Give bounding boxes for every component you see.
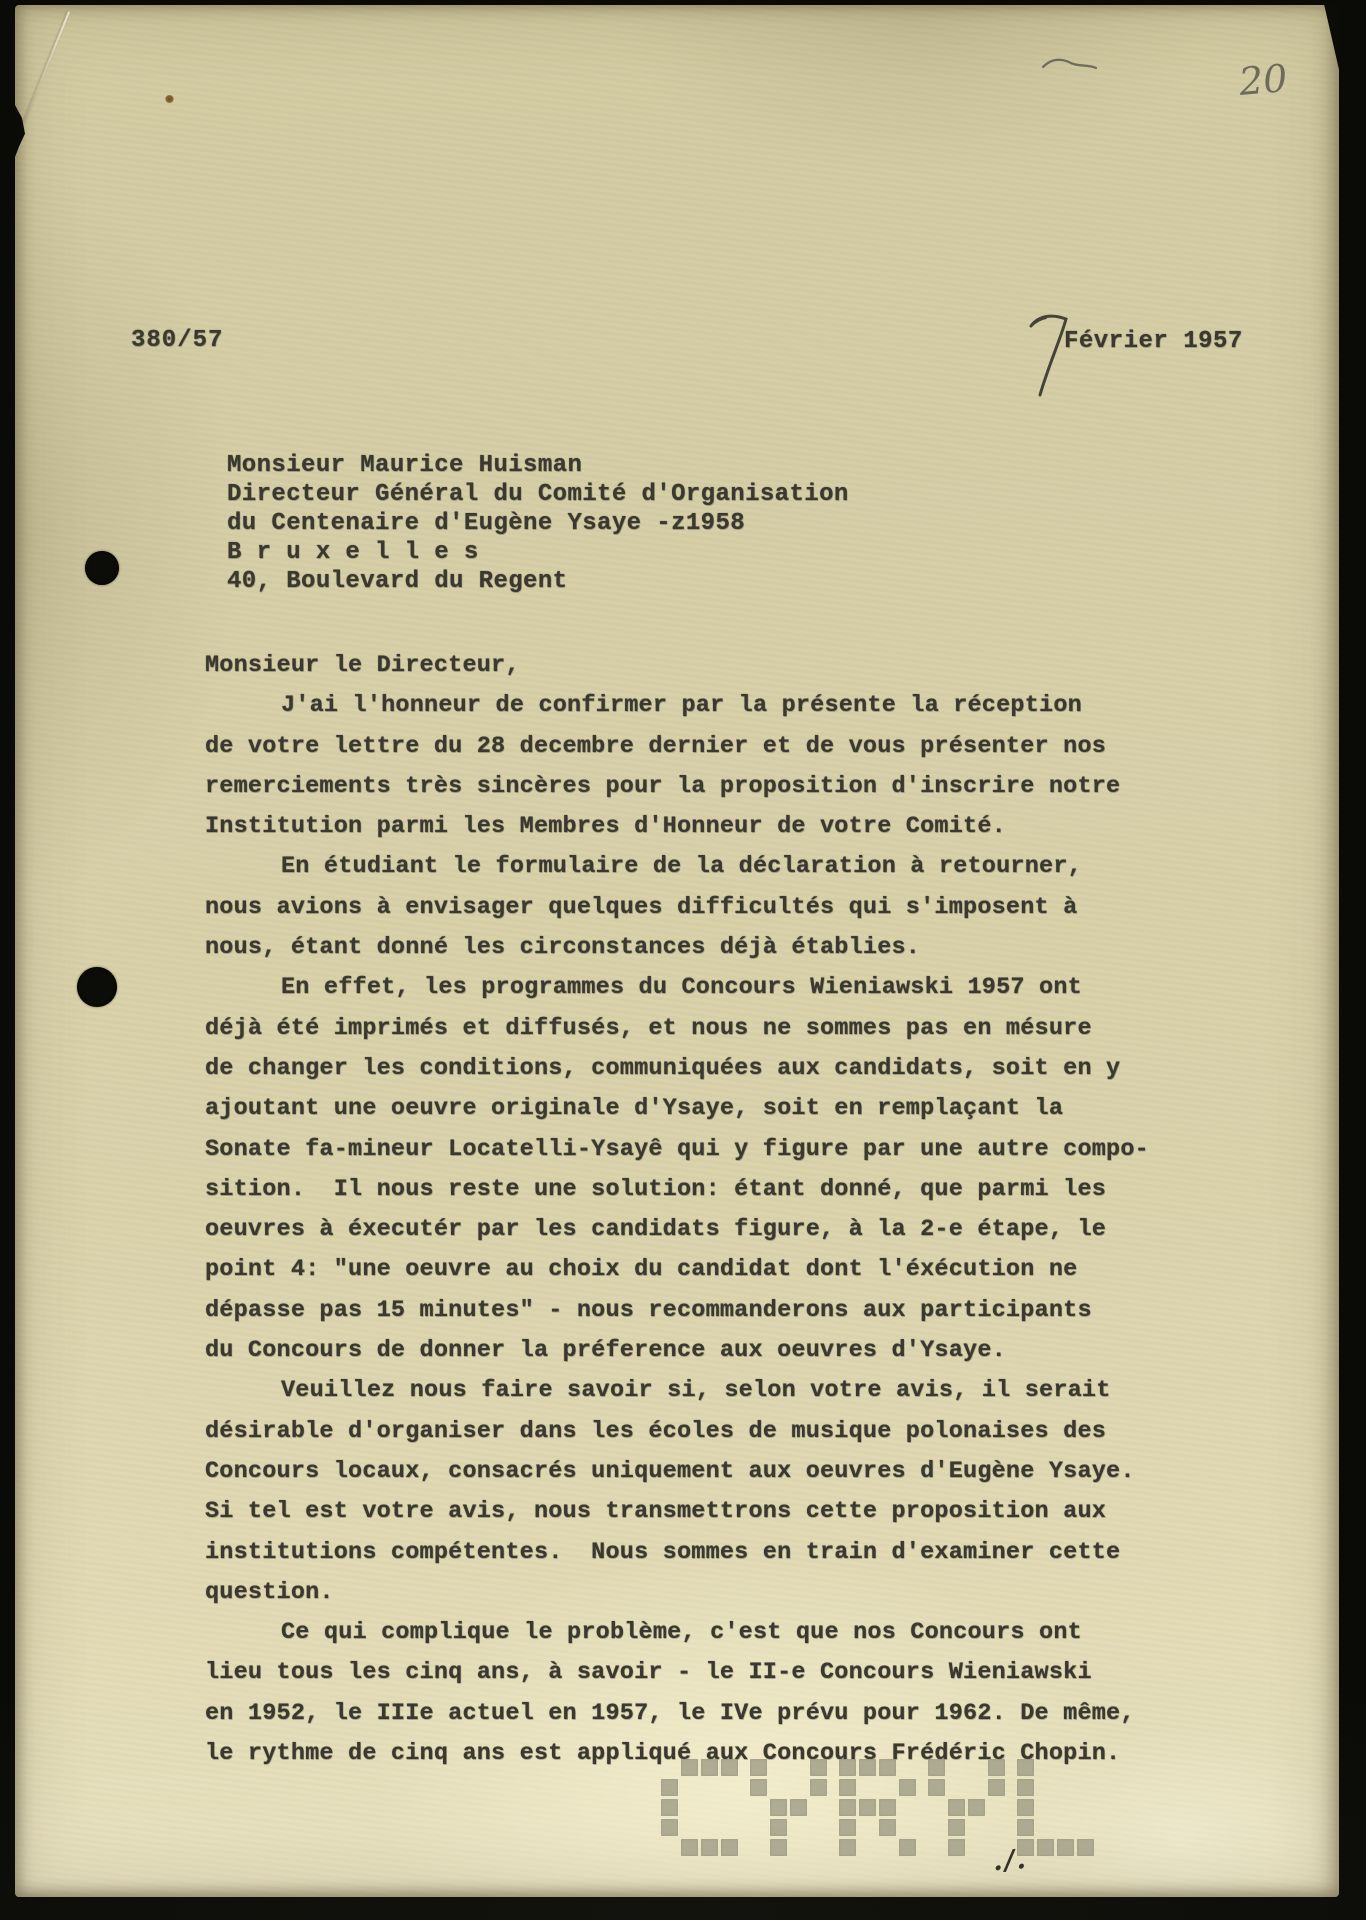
watermark-gap	[1077, 1779, 1094, 1796]
watermark-gap	[810, 1839, 827, 1856]
watermark-gap	[721, 1779, 738, 1796]
watermark-gap	[968, 1839, 985, 1856]
watermark-block	[988, 1759, 1005, 1776]
watermark-block	[928, 1759, 945, 1776]
letter-body-line: Monsieur le Directeur,	[205, 646, 1149, 686]
letter-body-line: En effet, les programmes du Concours Wie…	[205, 968, 1149, 1008]
hole-punch-top	[85, 551, 119, 585]
left-edge-notch	[15, 105, 25, 157]
letter-body-line: J'ai l'honneur de confirmer par la prése…	[205, 686, 1149, 726]
watermark-gap	[681, 1779, 698, 1796]
watermark-gap	[1057, 1799, 1074, 1816]
watermark-block	[701, 1839, 718, 1856]
letter-body-line: Ce qui complique le problème, c'est que …	[205, 1613, 1149, 1653]
watermark-block	[879, 1799, 896, 1816]
watermark-letter	[750, 1759, 827, 1856]
watermark-block	[879, 1759, 896, 1776]
watermark-block	[948, 1819, 965, 1836]
watermark-block	[750, 1779, 767, 1796]
watermark-block	[859, 1759, 876, 1776]
watermark-block	[681, 1839, 698, 1856]
letter-body-line: Si tel est votre avis, nous transmettron…	[205, 1492, 1149, 1532]
watermark-gap	[770, 1779, 787, 1796]
watermark-gap	[1057, 1779, 1074, 1796]
letter-page: 20 380/57 Février 1957 Monsieur Maurice …	[15, 5, 1339, 1897]
letter-body-line: ajoutant une oeuvre originale d'Ysaye, s…	[205, 1089, 1149, 1129]
watermark-gap	[1057, 1819, 1074, 1836]
watermark-block	[839, 1819, 856, 1836]
letter-body-line: remerciements très sincères pour la prop…	[205, 767, 1149, 807]
watermark-gap	[1037, 1799, 1054, 1816]
watermark-block	[721, 1839, 738, 1856]
watermark-block	[1077, 1839, 1094, 1856]
letter-body-line: nous, étant donné les circonstances déjà…	[205, 928, 1149, 968]
watermark-gap	[1037, 1819, 1054, 1836]
watermark-gap	[879, 1779, 896, 1796]
letter-body-line: En étudiant le formulaire de la déclarat…	[205, 847, 1149, 887]
watermark-gap	[721, 1819, 738, 1836]
letter-body-line: Sonate fa-mineur Locatelli-Ysayê qui y f…	[205, 1130, 1149, 1170]
watermark-block	[1017, 1799, 1034, 1816]
watermark-block	[1037, 1839, 1054, 1856]
watermark-gap	[968, 1819, 985, 1836]
watermark-gap	[1077, 1819, 1094, 1836]
letter-body-line: désirable d'organiser dans les écoles de…	[205, 1412, 1149, 1452]
watermark-gap	[879, 1839, 896, 1856]
watermark-gap	[928, 1799, 945, 1816]
watermark-block	[948, 1839, 965, 1856]
recipient-line: du Centenaire d'Eugène Ysaye -z1958	[227, 509, 849, 538]
watermark-block	[750, 1759, 767, 1776]
handwritten-date-day	[1027, 310, 1069, 398]
top-right-scan-edge	[1324, 4, 1340, 74]
watermark-block	[1017, 1759, 1034, 1776]
watermark-gap	[661, 1839, 678, 1856]
watermark-gap	[1077, 1799, 1094, 1816]
letter-body-line: Institution parmi les Membres d'Honneur …	[205, 807, 1149, 847]
watermark-gap	[701, 1799, 718, 1816]
watermark-gap	[899, 1819, 916, 1836]
watermark-gap	[750, 1799, 767, 1816]
letter-body-line: institutions compétentes. Nous sommes en…	[205, 1533, 1149, 1573]
letter-body-line: déjà été imprimés et diffusés, et nous n…	[205, 1009, 1149, 1049]
watermark-gap	[1037, 1779, 1054, 1796]
watermark-gap	[859, 1779, 876, 1796]
watermark-block	[968, 1799, 985, 1816]
watermark-block	[661, 1799, 678, 1816]
letter-body-line: en 1952, le IIIe actuel en 1957, le IVe …	[205, 1694, 1149, 1734]
watermark-block	[899, 1779, 916, 1796]
recipient-line: Monsieur Maurice Huisman	[227, 451, 849, 480]
watermark-gap	[770, 1759, 787, 1776]
watermark-letter	[661, 1759, 738, 1856]
watermark-block	[770, 1819, 787, 1836]
watermark-gap	[968, 1759, 985, 1776]
watermark-gap	[810, 1799, 827, 1816]
date: Février 1957	[1064, 328, 1243, 355]
watermark-gap	[1077, 1759, 1094, 1776]
watermark-gap	[948, 1779, 965, 1796]
paper-stain	[165, 95, 174, 103]
letter-body-line: question.	[205, 1573, 1149, 1613]
watermark-block	[1017, 1819, 1034, 1836]
watermark-letter	[928, 1759, 1005, 1856]
watermark-block	[879, 1819, 896, 1836]
watermark-block	[928, 1779, 945, 1796]
scan-background: 20 380/57 Février 1957 Monsieur Maurice …	[0, 0, 1366, 1920]
watermark-block	[839, 1779, 856, 1796]
watermark-gap	[928, 1839, 945, 1856]
watermark-letter	[1017, 1759, 1094, 1856]
watermark-block	[810, 1759, 827, 1776]
watermark-gap	[750, 1839, 767, 1856]
watermark-block	[721, 1759, 738, 1776]
watermark-gap	[899, 1759, 916, 1776]
watermark	[661, 1759, 1094, 1856]
watermark-gap	[988, 1799, 1005, 1816]
watermark-gap	[810, 1819, 827, 1836]
watermark-block	[790, 1799, 807, 1816]
watermark-block	[1017, 1779, 1034, 1796]
watermark-letter	[839, 1759, 916, 1856]
watermark-gap	[790, 1839, 807, 1856]
watermark-block	[948, 1799, 965, 1816]
watermark-block	[1057, 1839, 1074, 1856]
watermark-block	[810, 1779, 827, 1796]
recipient-address-block: Monsieur Maurice Huisman Directeur Génér…	[227, 451, 849, 596]
watermark-gap	[988, 1819, 1005, 1836]
pencil-squiggle	[1041, 53, 1099, 75]
watermark-gap	[928, 1819, 945, 1836]
letter-body-line: Concours locaux, consacrés uniquement au…	[205, 1452, 1149, 1492]
letter-body-line: lieu tous les cinq ans, à savoir - le II…	[205, 1653, 1149, 1693]
continuation-mark: ./.	[992, 1846, 1028, 1875]
corner-fold-crease	[19, 11, 70, 132]
letter-body-line: Veuillez nous faire savoir si, selon vot…	[205, 1371, 1149, 1411]
watermark-block	[839, 1799, 856, 1816]
watermark-gap	[701, 1779, 718, 1796]
watermark-block	[770, 1799, 787, 1816]
watermark-gap	[721, 1799, 738, 1816]
hole-punch-bottom	[77, 967, 117, 1007]
pencil-page-number: 20	[1237, 59, 1288, 101]
watermark-block	[701, 1759, 718, 1776]
watermark-gap	[859, 1819, 876, 1836]
letter-body-line: dépasse pas 15 minutes" - nous recommand…	[205, 1291, 1149, 1331]
watermark-block	[859, 1799, 876, 1816]
watermark-gap	[790, 1779, 807, 1796]
letter-body-line: de changer les conditions, communiquées …	[205, 1049, 1149, 1089]
watermark-gap	[899, 1799, 916, 1816]
watermark-block	[770, 1839, 787, 1856]
letter-body-line: oeuvres à éxecutér par les candidats fig…	[205, 1210, 1149, 1250]
letter-body-line: sition. Il nous reste une solution: étan…	[205, 1170, 1149, 1210]
watermark-gap	[948, 1759, 965, 1776]
reference-number: 380/57	[131, 327, 223, 354]
watermark-block	[839, 1759, 856, 1776]
letter-body-line: point 4: "une oeuvre au choix du candida…	[205, 1250, 1149, 1290]
watermark-gap	[681, 1799, 698, 1816]
watermark-block	[661, 1779, 678, 1796]
watermark-gap	[859, 1839, 876, 1856]
recipient-line: 40, Boulevard du Regent	[227, 567, 849, 596]
watermark-gap	[681, 1819, 698, 1836]
letter-body-line: du Concours de donner la préference aux …	[205, 1331, 1149, 1371]
watermark-block	[661, 1819, 678, 1836]
watermark-gap	[790, 1819, 807, 1836]
watermark-gap	[661, 1759, 678, 1776]
letter-body-line: de votre lettre du 28 decembre dernier e…	[205, 727, 1149, 767]
watermark-gap	[701, 1819, 718, 1836]
watermark-gap	[1057, 1759, 1074, 1776]
letter-body-line: nous avions à envisager quelques difficu…	[205, 888, 1149, 928]
watermark-gap	[750, 1819, 767, 1836]
watermark-gap	[968, 1779, 985, 1796]
watermark-gap	[1037, 1759, 1054, 1776]
recipient-line: Directeur Général du Comité d'Organisati…	[227, 480, 849, 509]
watermark-block	[899, 1839, 916, 1856]
recipient-line: B r u x e l l e s	[227, 538, 849, 567]
watermark-block	[839, 1839, 856, 1856]
watermark-block	[681, 1759, 698, 1776]
watermark-gap	[790, 1759, 807, 1776]
letter-body: Monsieur le Directeur, J'ai l'honneur de…	[205, 646, 1149, 1774]
watermark-block	[988, 1779, 1005, 1796]
